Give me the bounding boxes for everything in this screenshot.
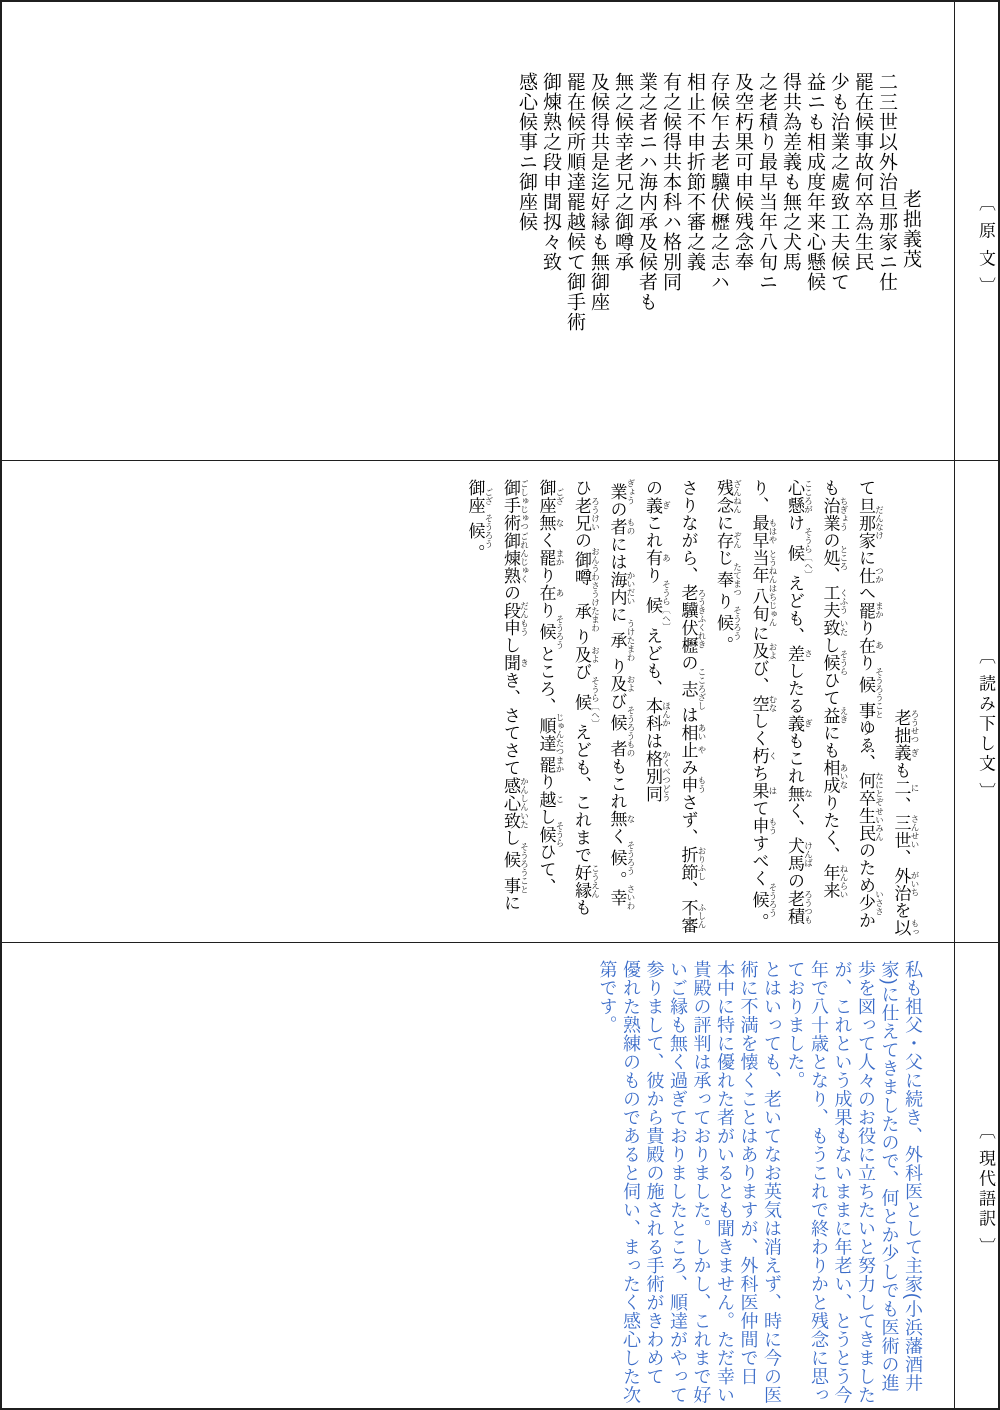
text-column: 老拙義茂 [898, 189, 922, 460]
text-column: が、これという成果もないままに年老い、とうとう今 [830, 960, 854, 1408]
text-column: 歩を図って人々のお役に立ちたいと努力してきました [854, 960, 878, 1408]
section-label-column: 〔 原 文 〕 [954, 2, 998, 460]
text-column: ておりました。 [783, 960, 807, 1408]
original-text-body: 老拙義茂二三世以外治旦那家ニ仕罷在候事故何卒為生民少も治業之處致工夫候て益ニも相… [2, 2, 954, 460]
text-column: 私も祖父・父に続き、外科医として主家(小浜藩酒井 [901, 960, 925, 1408]
text-column: 本中に特に優れた者がいるとも聞きません。ただ幸い [713, 960, 737, 1408]
text-column: 罷在候所順達罷越候て御手術 [562, 72, 586, 460]
text-column: 貴殿の評判は承っておりました。しかし、これまで好 [689, 960, 713, 1408]
text-column: 御座ござ候そうろう。 [459, 479, 495, 942]
text-column: 参りまして、彼から貴殿の施される手術がきわめて [642, 960, 666, 1408]
text-column: 少も治業之處致工夫候て [826, 72, 850, 460]
section-label-column: 〔 現代語訳 〕 [954, 943, 998, 1408]
text-column: いご縁も無く過ぎておりましたところ、順達がやって [666, 960, 690, 1408]
text-column: 存候乍去老驥伏櫪之志ハ [706, 72, 730, 460]
text-column: 第です。 [595, 960, 619, 1408]
modern-translation-body: 私も祖父・父に続き、外科医として主家(小浜藩酒井家)に仕えてきましたので、何とか… [2, 943, 954, 1408]
section-title-original: 〔 原 文 〕 [955, 194, 998, 297]
text-column: も治業ちぎょうの処ところ、工夫くふう致いたし候そうらひて益えきにも相成あいなりた… [814, 479, 850, 942]
text-column: 業之者ニハ海内承及候者も [634, 72, 658, 460]
text-column: 家)に仕えてきましたので、何とか少しでも医術の進 [877, 960, 901, 1408]
section-title-reading: 〔 読み下し文 〕 [955, 647, 998, 802]
text-column: 年で八十歳となり、もうこれで終わりかと残念に思っ [807, 960, 831, 1408]
section-title-modern: 〔 現代語訳 〕 [955, 1122, 998, 1257]
text-column: 及空朽果可申候残念奉 [730, 72, 754, 460]
text-column: とはいっても、老いてなお英気は消えず、時に今の医 [760, 960, 784, 1408]
text-column: 御座ござ無なく罷まかり在あり候そうろうところ、順達じゅんたつ罷まかり越こし候そう… [530, 479, 566, 942]
text-column: 得共為差義も無之犬馬 [778, 72, 802, 460]
text-column: さりながら、老驥伏櫪ろうきふくれきの志こころざしは相あい止やみ申もうさず、折節お… [672, 479, 708, 942]
text-column: 御手術ごしゅじゅつ御煉熟ごれんじゅくの段だん申もうし聞きき、さてさて感心かんしん… [494, 479, 530, 942]
section-reading-text: 老拙ろうせつ義ぎも二に、三世さんせい、外治がいちを以もって旦那家だんなけに仕つか… [2, 460, 998, 942]
text-column: 相止不申折節不審之義 [682, 72, 706, 460]
text-column: 罷在候事故何卒為生民 [850, 72, 874, 460]
text-column: 老拙ろうせつ義ぎも二に、三世さんせい、外治がいちを以もっ [885, 709, 921, 942]
section-modern-translation: 私も祖父・父に続き、外科医として主家(小浜藩酒井家)に仕えてきましたので、何とか… [2, 942, 998, 1408]
text-column: て旦那家だんなけに仕つかへ罷まかり在あり候そうろう事ことゆゑ、何卒なにとぞ生民せ… [849, 479, 885, 942]
text-column: 之老積り最早当年八旬ニ [754, 72, 778, 460]
text-column: 業ぎょうの者ものには海内かいだいに承うけたまわり及および候そうろう者ものもこれ無… [601, 479, 637, 942]
text-column: 無之候幸老兄之御噂承 [610, 72, 634, 460]
text-column: 感心候事ニ御座候 [514, 72, 538, 460]
text-column: の義ぎこれ有あり候そうら〔へ〕えども、本科ほんかは格別かくべつ同どう [636, 479, 672, 942]
text-column: り、最早もはや当年とうねん八旬はちじゅんに及および、空むなしく朽くち果はて申もう… [743, 479, 779, 942]
text-column: 残念ざんねんに存ぞんじ奉たてまつり候そうろう。 [707, 479, 743, 942]
text-column: 術に不満を懐くことはありますが、外科医仲間で日 [736, 960, 760, 1408]
section-original-text: 老拙義茂二三世以外治旦那家ニ仕罷在候事故何卒為生民少も治業之處致工夫候て益ニも相… [2, 2, 998, 460]
reading-text-body: 老拙ろうせつ義ぎも二に、三世さんせい、外治がいちを以もって旦那家だんなけに仕つか… [2, 461, 954, 942]
text-column: 御煉熟之段申聞扨々致 [538, 72, 562, 460]
document-page: 老拙義茂二三世以外治旦那家ニ仕罷在候事故何卒為生民少も治業之處致工夫候て益ニも相… [0, 0, 1000, 1410]
text-column: 有之候得共本科ハ格別同 [658, 72, 682, 460]
text-column: 優れた熟練のものであると伺い、まったく感心した次 [619, 960, 643, 1408]
text-column: ひ老兄ろうけいの御噂おんうわさ承うけたまわり及および候そうら〔へ〕えども、これま… [565, 479, 601, 942]
text-column: 益ニも相成度年来心懸候 [802, 72, 826, 460]
text-column: 二三世以外治旦那家ニ仕 [874, 72, 898, 460]
text-column: 心懸こころがけ候そうら〔へ〕えども、差さしたる義ぎもこれ無なく、犬馬けんばの老積… [778, 479, 814, 942]
text-column: 及候得共是迄好縁も無御座 [586, 72, 610, 460]
section-label-column: 〔 読み下し文 〕 [954, 461, 998, 942]
